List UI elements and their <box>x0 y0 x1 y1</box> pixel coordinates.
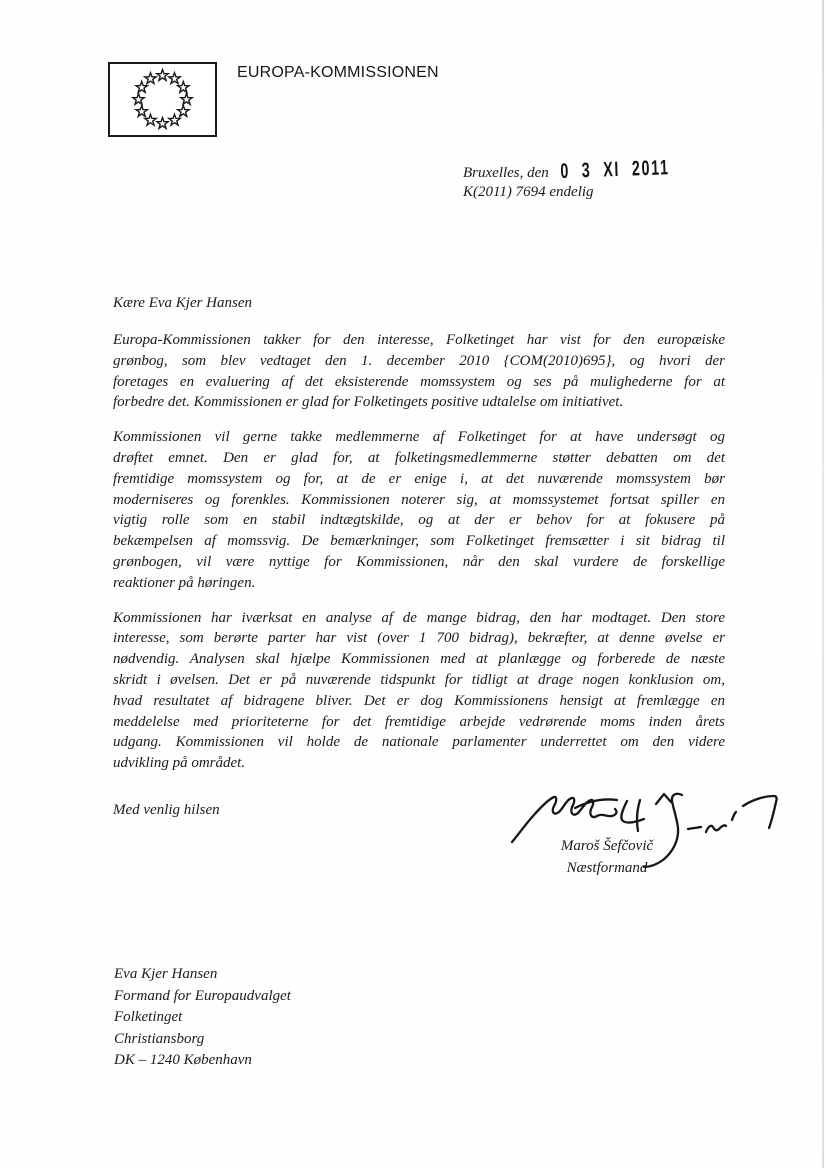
body-line: Kommissionen har iværksat en analyse af … <box>113 608 725 629</box>
dateline-reference: K(2011) 7694 endelig <box>463 183 594 202</box>
institution-name: EUROPA-KOMMISSIONEN <box>237 64 439 82</box>
recipient-line: Christiansborg <box>114 1029 291 1051</box>
signer-block: Maroš Šefčovič Næstformand <box>527 835 687 879</box>
eu-flag-icon <box>110 64 215 135</box>
recipient-line: Eva Kjer Hansen <box>114 964 291 986</box>
recipient-address: Eva Kjer Hansen Formand for Europaudvalg… <box>114 964 291 1072</box>
body-line: grønbog, som blev vedtaget den 1. decemb… <box>113 351 725 372</box>
body-line: Europa-Kommissionen takker for den inter… <box>113 330 725 351</box>
paragraph: Kommissionen vil gerne takke medlemmerne… <box>113 427 725 593</box>
scan-edge-artifact <box>822 0 824 1168</box>
body-line: reaktioner på høringen. <box>113 573 725 594</box>
body-line: nødvendig. Analysen skal hjælpe Kommissi… <box>113 649 725 670</box>
body-line: interesse, som berørte parter har vist (… <box>113 628 725 649</box>
body-line: drøftet emnet. Den er glad for, at folke… <box>113 448 725 469</box>
signer-name: Maroš Šefčovič <box>527 835 687 857</box>
letter-page: EUROPA-KOMMISSIONEN Bruxelles, den K(201… <box>0 0 826 1168</box>
body-line: bekæmpelsen af momssvig. De bemærkninger… <box>113 531 725 552</box>
salutation: Kære Eva Kjer Hansen <box>113 295 252 312</box>
body-line: Kommissionen vil gerne takke medlemmerne… <box>113 427 725 448</box>
body-line: meddelelse med prioriteterne for det fre… <box>113 712 725 733</box>
body-line: forbedre det. Kommissionen er glad for F… <box>113 392 725 413</box>
body-line: skridt i øvelsen. Det er på nuværende ti… <box>113 670 725 691</box>
body-line: hvad resultatet af bidragene bliver. Det… <box>113 691 725 712</box>
body-line: moderniseres og forenkles. Kommissionen … <box>113 490 725 511</box>
body-line: udvikling på området. <box>113 753 725 774</box>
paragraph: Kommissionen har iværksat en analyse af … <box>113 608 725 774</box>
letter-body: Europa-Kommissionen takker for den inter… <box>113 330 725 788</box>
paragraph: Europa-Kommissionen takker for den inter… <box>113 330 725 413</box>
body-line: foretages en evaluering af det eksistere… <box>113 372 725 393</box>
date-stamp-text: 0 3 XI 2011 <box>560 156 670 184</box>
eu-flag-logo <box>108 62 217 137</box>
body-line: vigtig rolle som en stabil indtægtskilde… <box>113 510 725 531</box>
body-line: grønbogen, vil være nyttige for Kommissi… <box>113 552 725 573</box>
signer-title: Næstformand <box>527 857 687 879</box>
valediction: Med venlig hilsen <box>113 802 220 819</box>
recipient-line: Formand for Europaudvalget <box>114 986 291 1008</box>
recipient-line: Folketinget <box>114 1007 291 1029</box>
body-line: udgang. Kommissionen vil holde de nation… <box>113 732 725 753</box>
recipient-line: DK – 1240 København <box>114 1050 291 1072</box>
date-stamp: 0 3 XI 2011 <box>560 154 722 184</box>
body-line: fremtidige momssystem og for, at de er e… <box>113 469 725 490</box>
